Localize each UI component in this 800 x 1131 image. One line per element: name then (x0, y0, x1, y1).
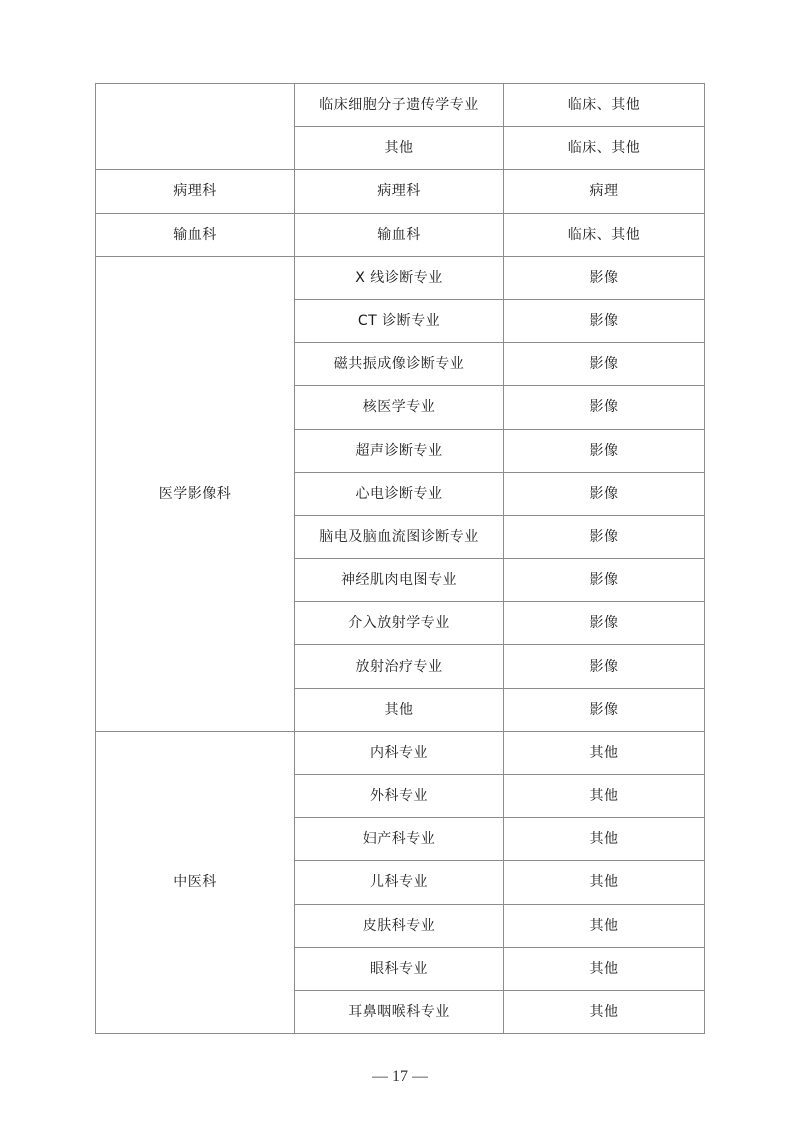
specialty-cell: 放射治疗专业 (295, 645, 504, 688)
specialty-cell: 皮肤科专业 (295, 904, 504, 947)
category-cell: 影像 (504, 343, 705, 386)
specialty-cell: 核医学专业 (295, 386, 504, 429)
category-cell: 影像 (504, 386, 705, 429)
category-cell: 影像 (504, 645, 705, 688)
specialty-cell: 临床细胞分子遗传学专业 (295, 84, 504, 127)
specialty-cell: 耳鼻咽喉科专业 (295, 990, 504, 1033)
category-cell: 影像 (504, 559, 705, 602)
specialty-cell: 妇产科专业 (295, 818, 504, 861)
category-cell: 其他 (504, 818, 705, 861)
department-cell (96, 84, 295, 170)
department-specialty-table: 临床细胞分子遗传学专业 临床、其他 其他 临床、其他 病理科 病理科 病理 输血… (95, 83, 705, 1034)
specialty-cell: 超声诊断专业 (295, 429, 504, 472)
specialty-cell: 儿科专业 (295, 861, 504, 904)
category-cell: 临床、其他 (504, 213, 705, 256)
category-cell: 其他 (504, 990, 705, 1033)
category-cell: 病理 (504, 170, 705, 213)
department-cell: 中医科 (96, 731, 295, 1033)
specialty-cell: 介入放射学专业 (295, 602, 504, 645)
category-cell: 影像 (504, 602, 705, 645)
category-cell: 其他 (504, 731, 705, 774)
page-number: — 17 — (0, 1068, 800, 1086)
specialty-cell: 眼科专业 (295, 947, 504, 990)
category-cell: 临床、其他 (504, 127, 705, 170)
specialty-cell: 磁共振成像诊断专业 (295, 343, 504, 386)
table-row: 临床细胞分子遗传学专业 临床、其他 (96, 84, 705, 127)
specialty-cell: 神经肌肉电图专业 (295, 559, 504, 602)
category-cell: 影像 (504, 688, 705, 731)
table-row: 中医科 内科专业 其他 (96, 731, 705, 774)
category-cell: 其他 (504, 775, 705, 818)
specialty-cell: 其他 (295, 127, 504, 170)
specialty-cell: 病理科 (295, 170, 504, 213)
category-cell: 其他 (504, 904, 705, 947)
department-cell: 医学影像科 (96, 256, 295, 731)
table-row: 病理科 病理科 病理 (96, 170, 705, 213)
category-cell: 其他 (504, 861, 705, 904)
category-cell: 影像 (504, 429, 705, 472)
specialty-cell: 内科专业 (295, 731, 504, 774)
specialty-cell: 其他 (295, 688, 504, 731)
department-cell: 病理科 (96, 170, 295, 213)
category-cell: 影像 (504, 256, 705, 299)
department-cell: 输血科 (96, 213, 295, 256)
category-cell: 临床、其他 (504, 84, 705, 127)
specialty-cell: CT 诊断专业 (295, 299, 504, 342)
specialty-cell: 心电诊断专业 (295, 472, 504, 515)
specialty-cell: 输血科 (295, 213, 504, 256)
category-cell: 影像 (504, 515, 705, 558)
category-cell: 影像 (504, 472, 705, 515)
specialty-cell: 外科专业 (295, 775, 504, 818)
table-row: 医学影像科 X 线诊断专业 影像 (96, 256, 705, 299)
category-cell: 其他 (504, 947, 705, 990)
specialty-cell: X 线诊断专业 (295, 256, 504, 299)
specialty-cell: 脑电及脑血流图诊断专业 (295, 515, 504, 558)
table-row: 输血科 输血科 临床、其他 (96, 213, 705, 256)
category-cell: 影像 (504, 299, 705, 342)
